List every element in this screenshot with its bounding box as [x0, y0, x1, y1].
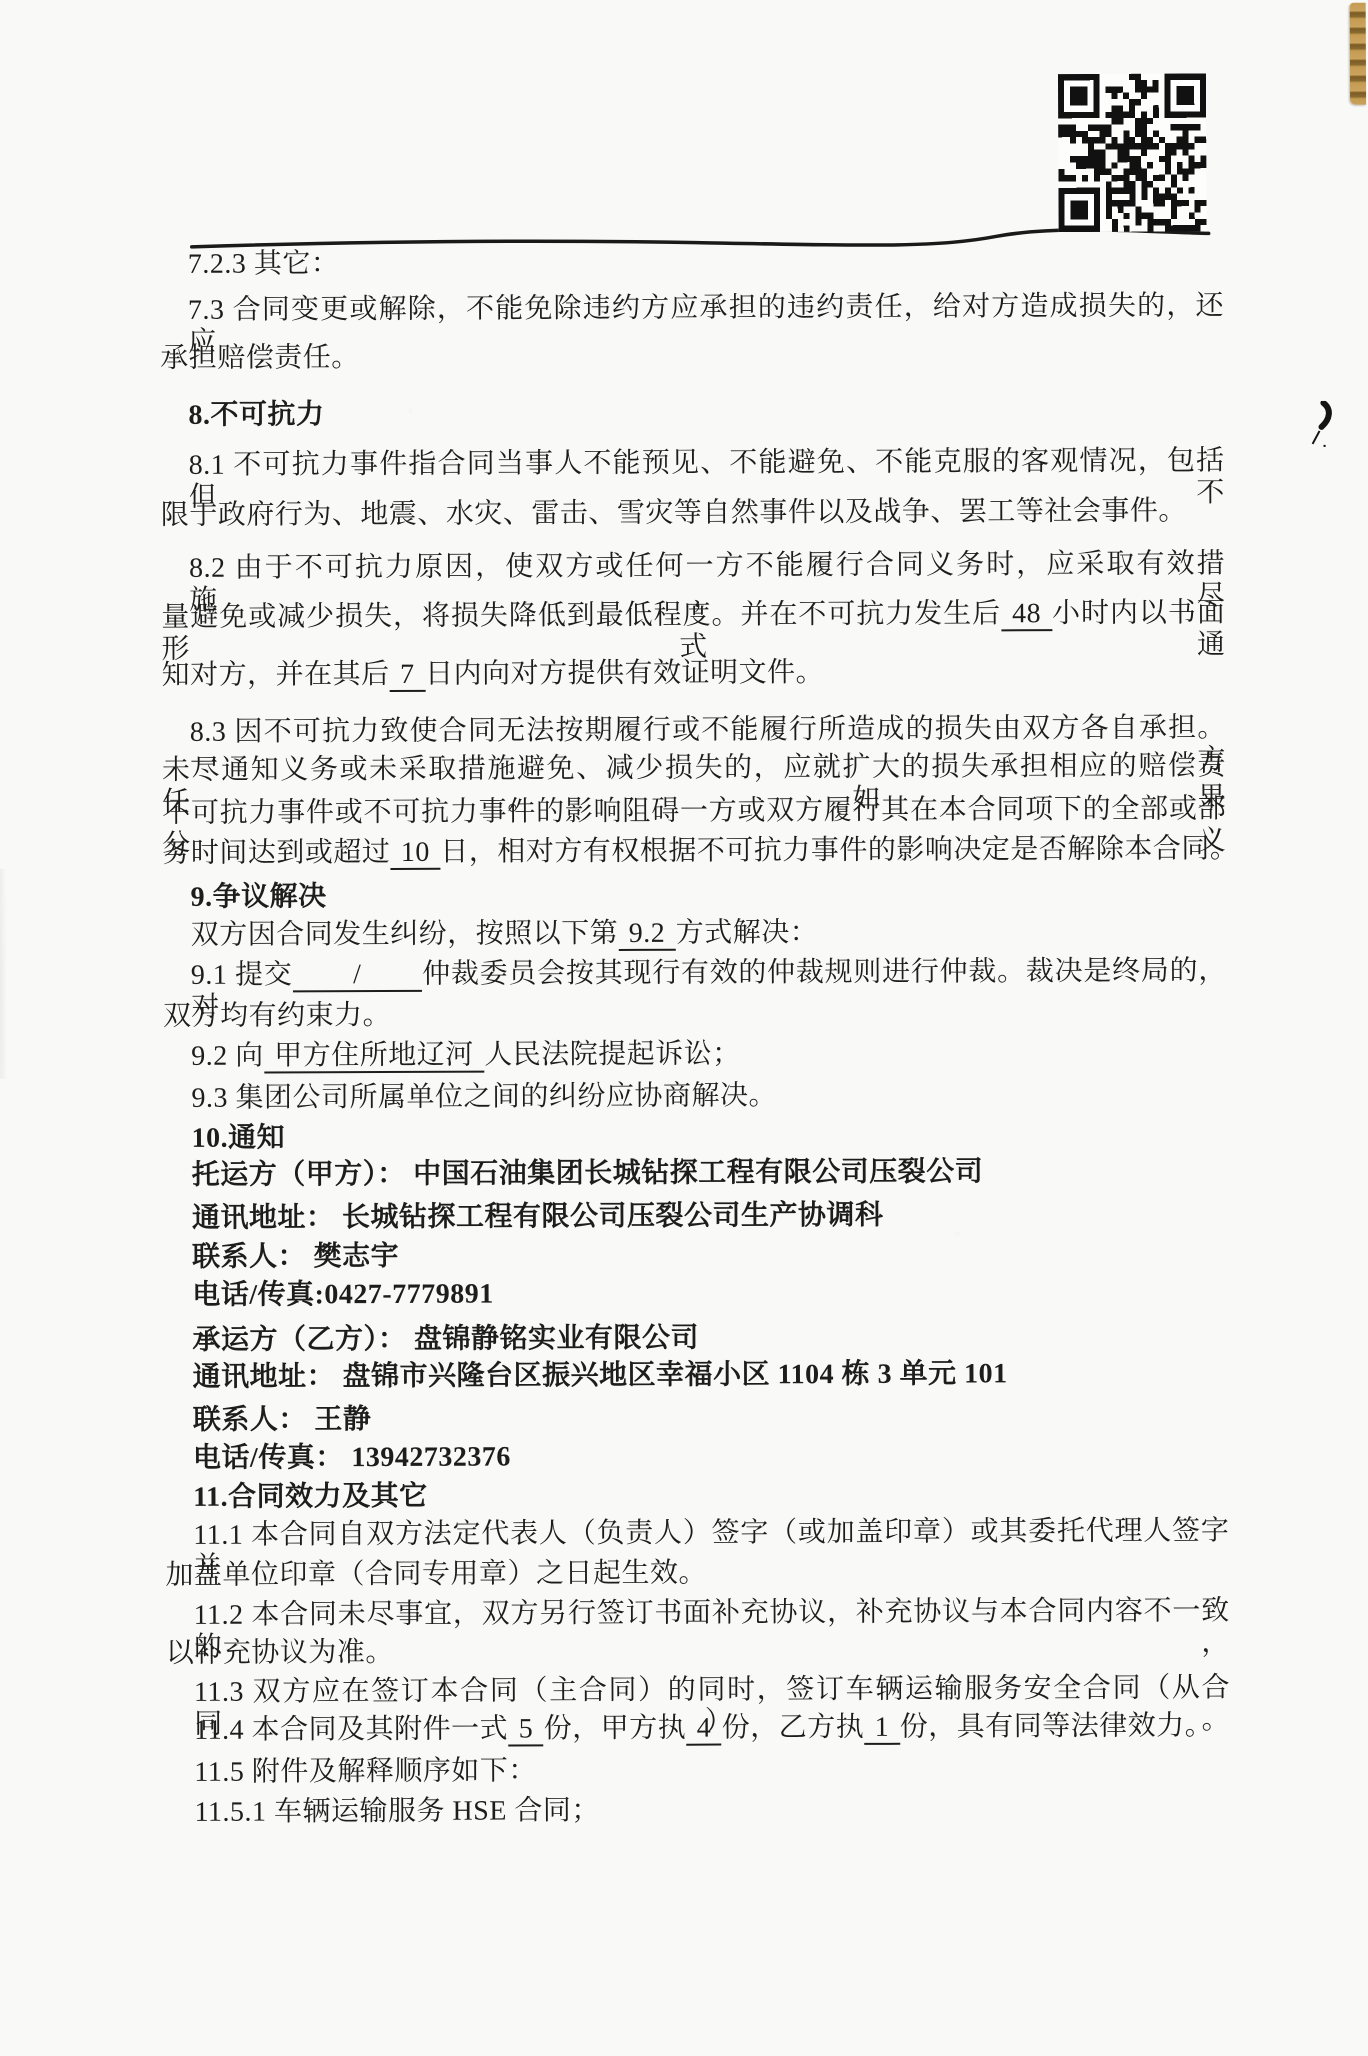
text-segment: 日，相对方有权根据不可抗力事件的影响决定是否解除本合同。: [440, 833, 1238, 867]
text-segment: 双方均有约束力。: [163, 1000, 391, 1032]
text-line: 加盖单位印章（合同专用章）之日起生效。: [165, 1555, 1229, 1592]
text-segment: 托运方（甲方）： 中国石油集团长城钻探工程有限公司压裂公司: [192, 1156, 984, 1190]
text-line: 双方因合同发生纠纷，按照以下第 9.2 方式解决：: [163, 915, 1227, 952]
text-segment: 务时间达到或超过: [162, 837, 390, 869]
text-line: 双方均有约束力。: [163, 996, 1227, 1033]
text-line: 承担赔偿责任。: [160, 338, 1224, 375]
text-line: 联系人： 樊志宇: [164, 1237, 1228, 1274]
underlined-value: 10: [390, 837, 440, 870]
text-segment: 9.1 提交: [191, 959, 293, 990]
text-segment: 通讯地址： 长城钻探工程有限公司压裂公司生产协调科: [192, 1200, 884, 1234]
text-segment: 电话/传真： 13942732376: [193, 1441, 511, 1473]
text-segment: 以补充协议为准。: [166, 1637, 394, 1669]
text-line: 10.通知: [164, 1118, 1228, 1155]
text-segment: 联系人： 樊志宇: [192, 1241, 399, 1273]
text-segment: 9.争议解决: [190, 881, 326, 913]
text-line: 11.合同效力及其它: [165, 1477, 1229, 1514]
text-line: 通讯地址： 盘锦市兴隆台区振兴地区幸福小区 1104 栋 3 单元 101: [165, 1357, 1229, 1394]
text-line: 9.争议解决: [162, 877, 1226, 914]
text-line: 11.4 本合同及其附件一式 5 份，甲方执 4 份，乙方执 1 份，具有同等法…: [166, 1710, 1230, 1747]
text-segment: 份，具有同等法律效力。: [900, 1710, 1214, 1742]
underlined-value: 4: [686, 1713, 722, 1746]
text-line: 承运方（乙方）： 盘锦静铭实业有限公司: [164, 1320, 1228, 1357]
text-segment: 9.3 集团公司所属单位之间的纠纷应协商解决。: [191, 1080, 777, 1114]
underlined-value: /: [293, 959, 423, 993]
underlined-value: 1: [864, 1712, 900, 1745]
text-segment: 电话/传真:0427-7779891: [192, 1279, 494, 1311]
text-segment: 9.2 向: [191, 1041, 264, 1072]
contract-text: 7.2.3 其它：7.3 合同变更或解除，不能免除违约方应承担的违约责任，给对方…: [0, 0, 1364, 1]
text-line: 以补充协议为准。: [166, 1633, 1230, 1670]
text-line: 9.3 集团公司所属单位之间的纠纷应协商解决。: [163, 1078, 1227, 1115]
underlined-value: 5: [508, 1713, 544, 1746]
text-segment: 人民法院提起诉讼；: [484, 1038, 741, 1070]
text-segment: 7.2.3 其它：: [188, 248, 340, 280]
qr-code: [1058, 73, 1207, 232]
contract-sheet: 7.2.3 其它：7.3 合同变更或解除，不能免除违约方应承担的违约责任，给对方…: [0, 0, 1368, 2056]
text-line: 电话/传真： 13942732376: [165, 1438, 1229, 1475]
text-segment: 日内向对方提供有效证明文件。: [425, 657, 824, 690]
underlined-value: 7: [390, 659, 426, 692]
text-segment: 加盖单位印章（合同专用章）之日起生效。: [165, 1558, 707, 1591]
text-line: 9.2 向 甲方住所地辽河 人民法院提起诉讼；: [163, 1036, 1227, 1073]
text-line: 联系人： 王静: [165, 1400, 1229, 1437]
text-line: 托运方（甲方）： 中国石油集团长城钻探工程有限公司压裂公司: [164, 1155, 1228, 1192]
text-segment: 限于政府行为、地震、水灾、雷击、雪灾等自然事件以及战争、罢工等社会事件。: [161, 496, 1187, 531]
text-segment: 方式解决：: [676, 917, 819, 949]
contract-page: 7.2.3 其它：7.3 合同变更或解除，不能免除违约方应承担的违约责任，给对方…: [0, 0, 1368, 2056]
text-segment: 通讯地址： 盘锦市兴隆台区振兴地区幸福小区 1104 栋 3 单元 101: [193, 1358, 1008, 1393]
text-segment: 11.5 附件及解释顺序如下：: [194, 1755, 537, 1787]
text-segment: 量避免或减少损失，将损失降低到最低程度。并在不可抗力发生后: [161, 598, 1001, 633]
text-segment: 10.通知: [192, 1122, 286, 1153]
text-line: 电话/传真:0427-7779891: [164, 1275, 1228, 1312]
underlined-value: 48: [1001, 598, 1052, 631]
underlined-value: 甲方住所地辽河: [264, 1040, 485, 1074]
text-segment: 联系人： 王静: [193, 1404, 372, 1436]
text-line: 通讯地址： 长城钻探工程有限公司压裂公司生产协调科: [164, 1198, 1228, 1235]
text-segment: 11.5.1 车辆运输服务 HSE 合同；: [194, 1795, 599, 1828]
text-line: 7.2.3 其它：: [160, 244, 1224, 281]
text-line: 务时间达到或超过 10 日，相对方有权根据不可抗力事件的影响决定是否解除本合同。: [162, 833, 1226, 870]
underlined-value: 9.2: [618, 918, 676, 951]
text-segment: 知对方，并在其后: [162, 659, 390, 691]
text-line: 知对方，并在其后 7 日内向对方提供有效证明文件。: [162, 655, 1226, 692]
text-segment: 双方因合同发生纠纷，按照以下第: [191, 918, 619, 951]
text-line: 11.5 附件及解释顺序如下：: [166, 1752, 1230, 1789]
tape-fragment: [1350, 3, 1366, 105]
text-segment: 8.不可抗力: [188, 399, 324, 431]
text-segment: 份，甲方执: [544, 1713, 687, 1745]
text-line: 11.5.1 车辆运输服务 HSE 合同；: [166, 1792, 1230, 1829]
text-segment: 份，乙方执: [722, 1712, 865, 1744]
ink-mark: [1307, 401, 1341, 447]
text-segment: 承担赔偿责任。: [160, 342, 360, 374]
text-segment: 承运方（乙方）： 盘锦静铭实业有限公司: [192, 1323, 699, 1356]
text-segment: 11.合同效力及其它: [193, 1481, 428, 1513]
text-line: 8.不可抗力: [160, 395, 1224, 432]
page-edge-smudge: [0, 869, 7, 1079]
text-segment: 11.4 本合同及其附件一式: [194, 1713, 508, 1745]
text-line: 限于政府行为、地震、水灾、雷击、雪灾等自然事件以及战争、罢工等社会事件。: [161, 495, 1225, 532]
